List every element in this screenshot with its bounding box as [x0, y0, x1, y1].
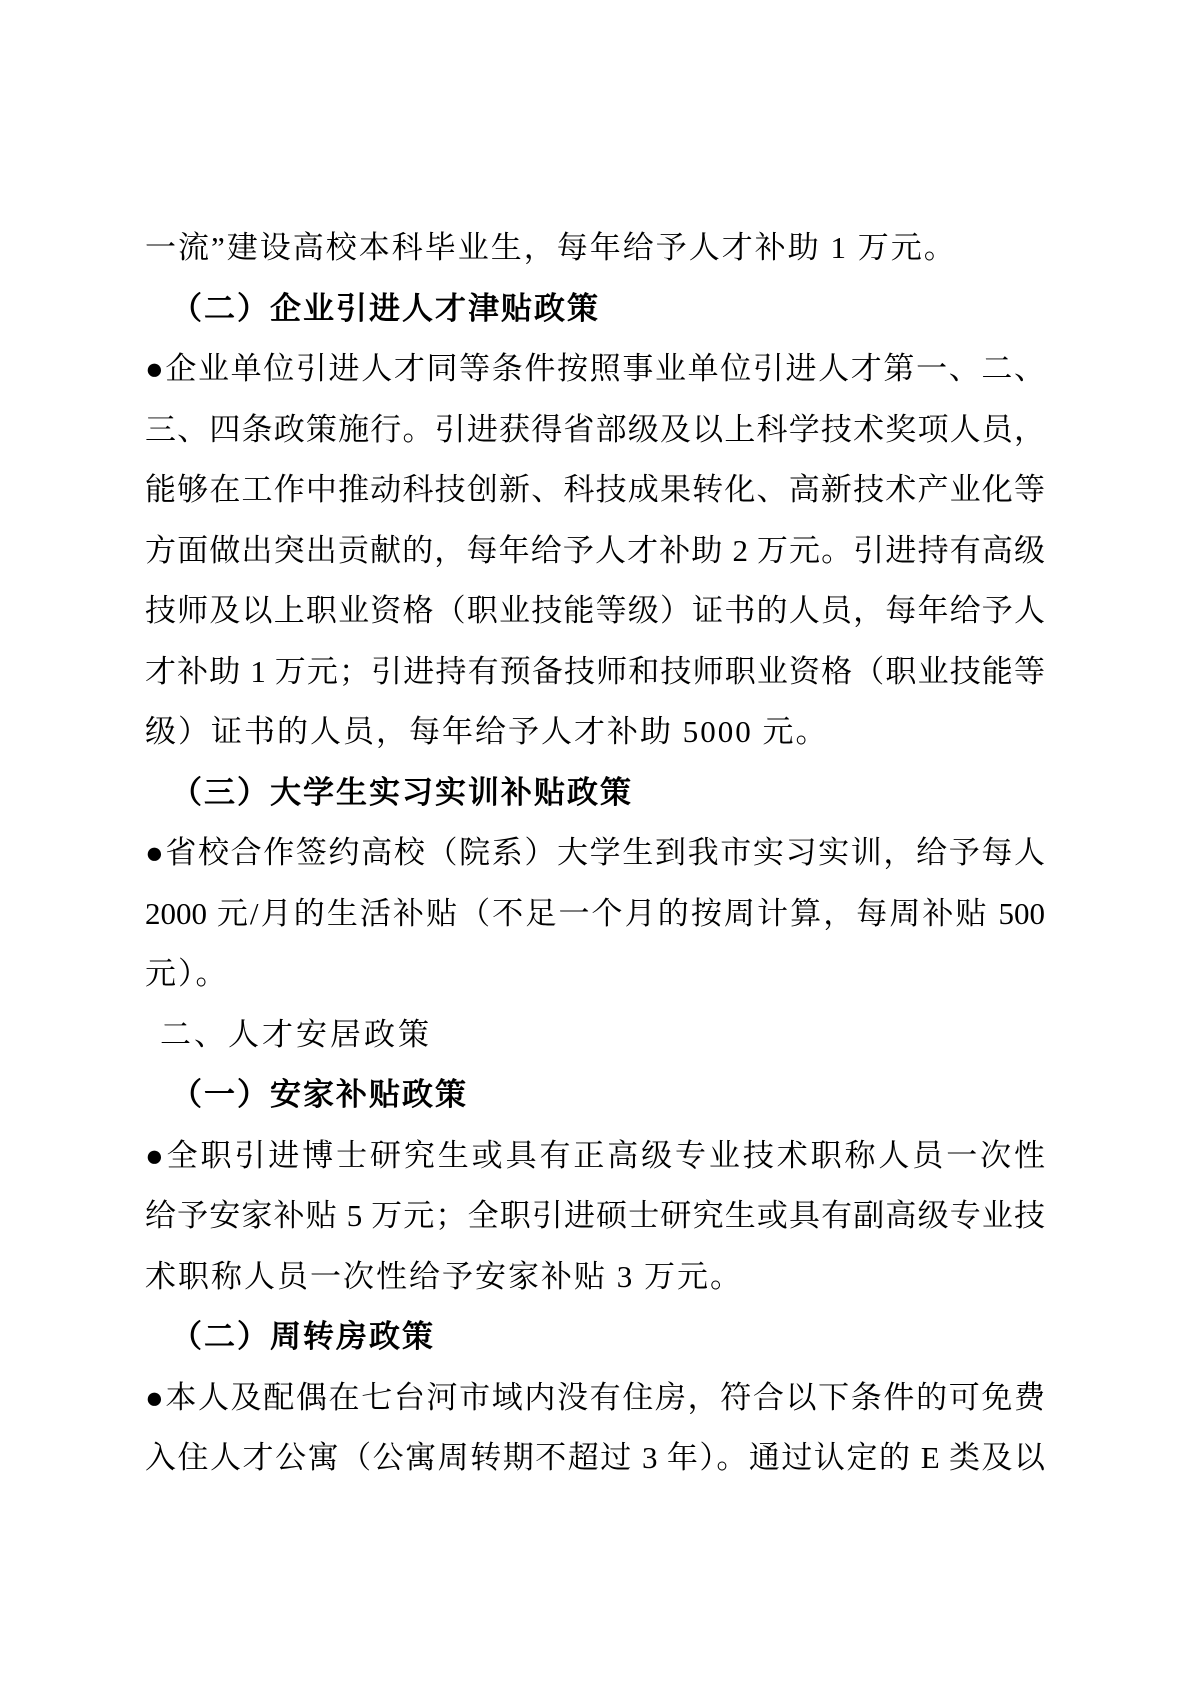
body-line: 能够在工作中推动科技创新、科技成果转化、高新技术产业化等	[145, 460, 1045, 521]
body-line: 元）。	[145, 944, 1045, 1005]
body-line: 给予安家补贴 5 万元；全职引进硕士研究生或具有副高级专业技	[145, 1186, 1045, 1247]
body-line: 入住人才公寓（公寓周转期不超过 3 年）。通过认定的 E 类及以	[145, 1428, 1045, 1489]
body-line: 才补助 1 万元；引进持有预备技师和技师职业资格（职业技能等	[145, 642, 1045, 703]
subsection-heading: （二）企业引进人才津贴政策	[145, 279, 1045, 340]
body-line: 方面做出突出贡献的，每年给予人才补助 2 万元。引进持有高级	[145, 521, 1045, 582]
body-line: 一流”建设高校本科毕业生，每年给予人才补助 1 万元。	[145, 218, 1045, 279]
body-line: 术职称人员一次性给予安家补贴 3 万元。	[145, 1247, 1045, 1308]
bullet-paragraph-line: ●省校合作签约高校（院系）大学生到我市实习实训，给予每人	[145, 823, 1045, 884]
section-heading: 二、人才安居政策	[145, 1005, 1045, 1066]
document-page: 一流”建设高校本科毕业生，每年给予人才补助 1 万元。（二）企业引进人才津贴政策…	[0, 0, 1190, 1683]
body-line: 2000 元/月的生活补贴（不足一个月的按周计算，每周补贴 500	[145, 884, 1045, 945]
bullet-paragraph-line: ●本人及配偶在七台河市域内没有住房，符合以下条件的可免费	[145, 1368, 1045, 1429]
bullet-paragraph-line: ●企业单位引进人才同等条件按照事业单位引进人才第一、二、	[145, 339, 1045, 400]
body-line: 三、四条政策施行。引进获得省部级及以上科学技术奖项人员，	[145, 400, 1045, 461]
bullet-paragraph-line: ●全职引进博士研究生或具有正高级专业技术职称人员一次性	[145, 1126, 1045, 1187]
subsection-heading: （二）周转房政策	[145, 1307, 1045, 1368]
subsection-heading: （一）安家补贴政策	[145, 1065, 1045, 1126]
body-line: 技师及以上职业资格（职业技能等级）证书的人员，每年给予人	[145, 581, 1045, 642]
document-content: 一流”建设高校本科毕业生，每年给予人才补助 1 万元。（二）企业引进人才津贴政策…	[145, 218, 1045, 1489]
body-line: 级）证书的人员，每年给予人才补助 5000 元。	[145, 702, 1045, 763]
subsection-heading: （三）大学生实习实训补贴政策	[145, 763, 1045, 824]
